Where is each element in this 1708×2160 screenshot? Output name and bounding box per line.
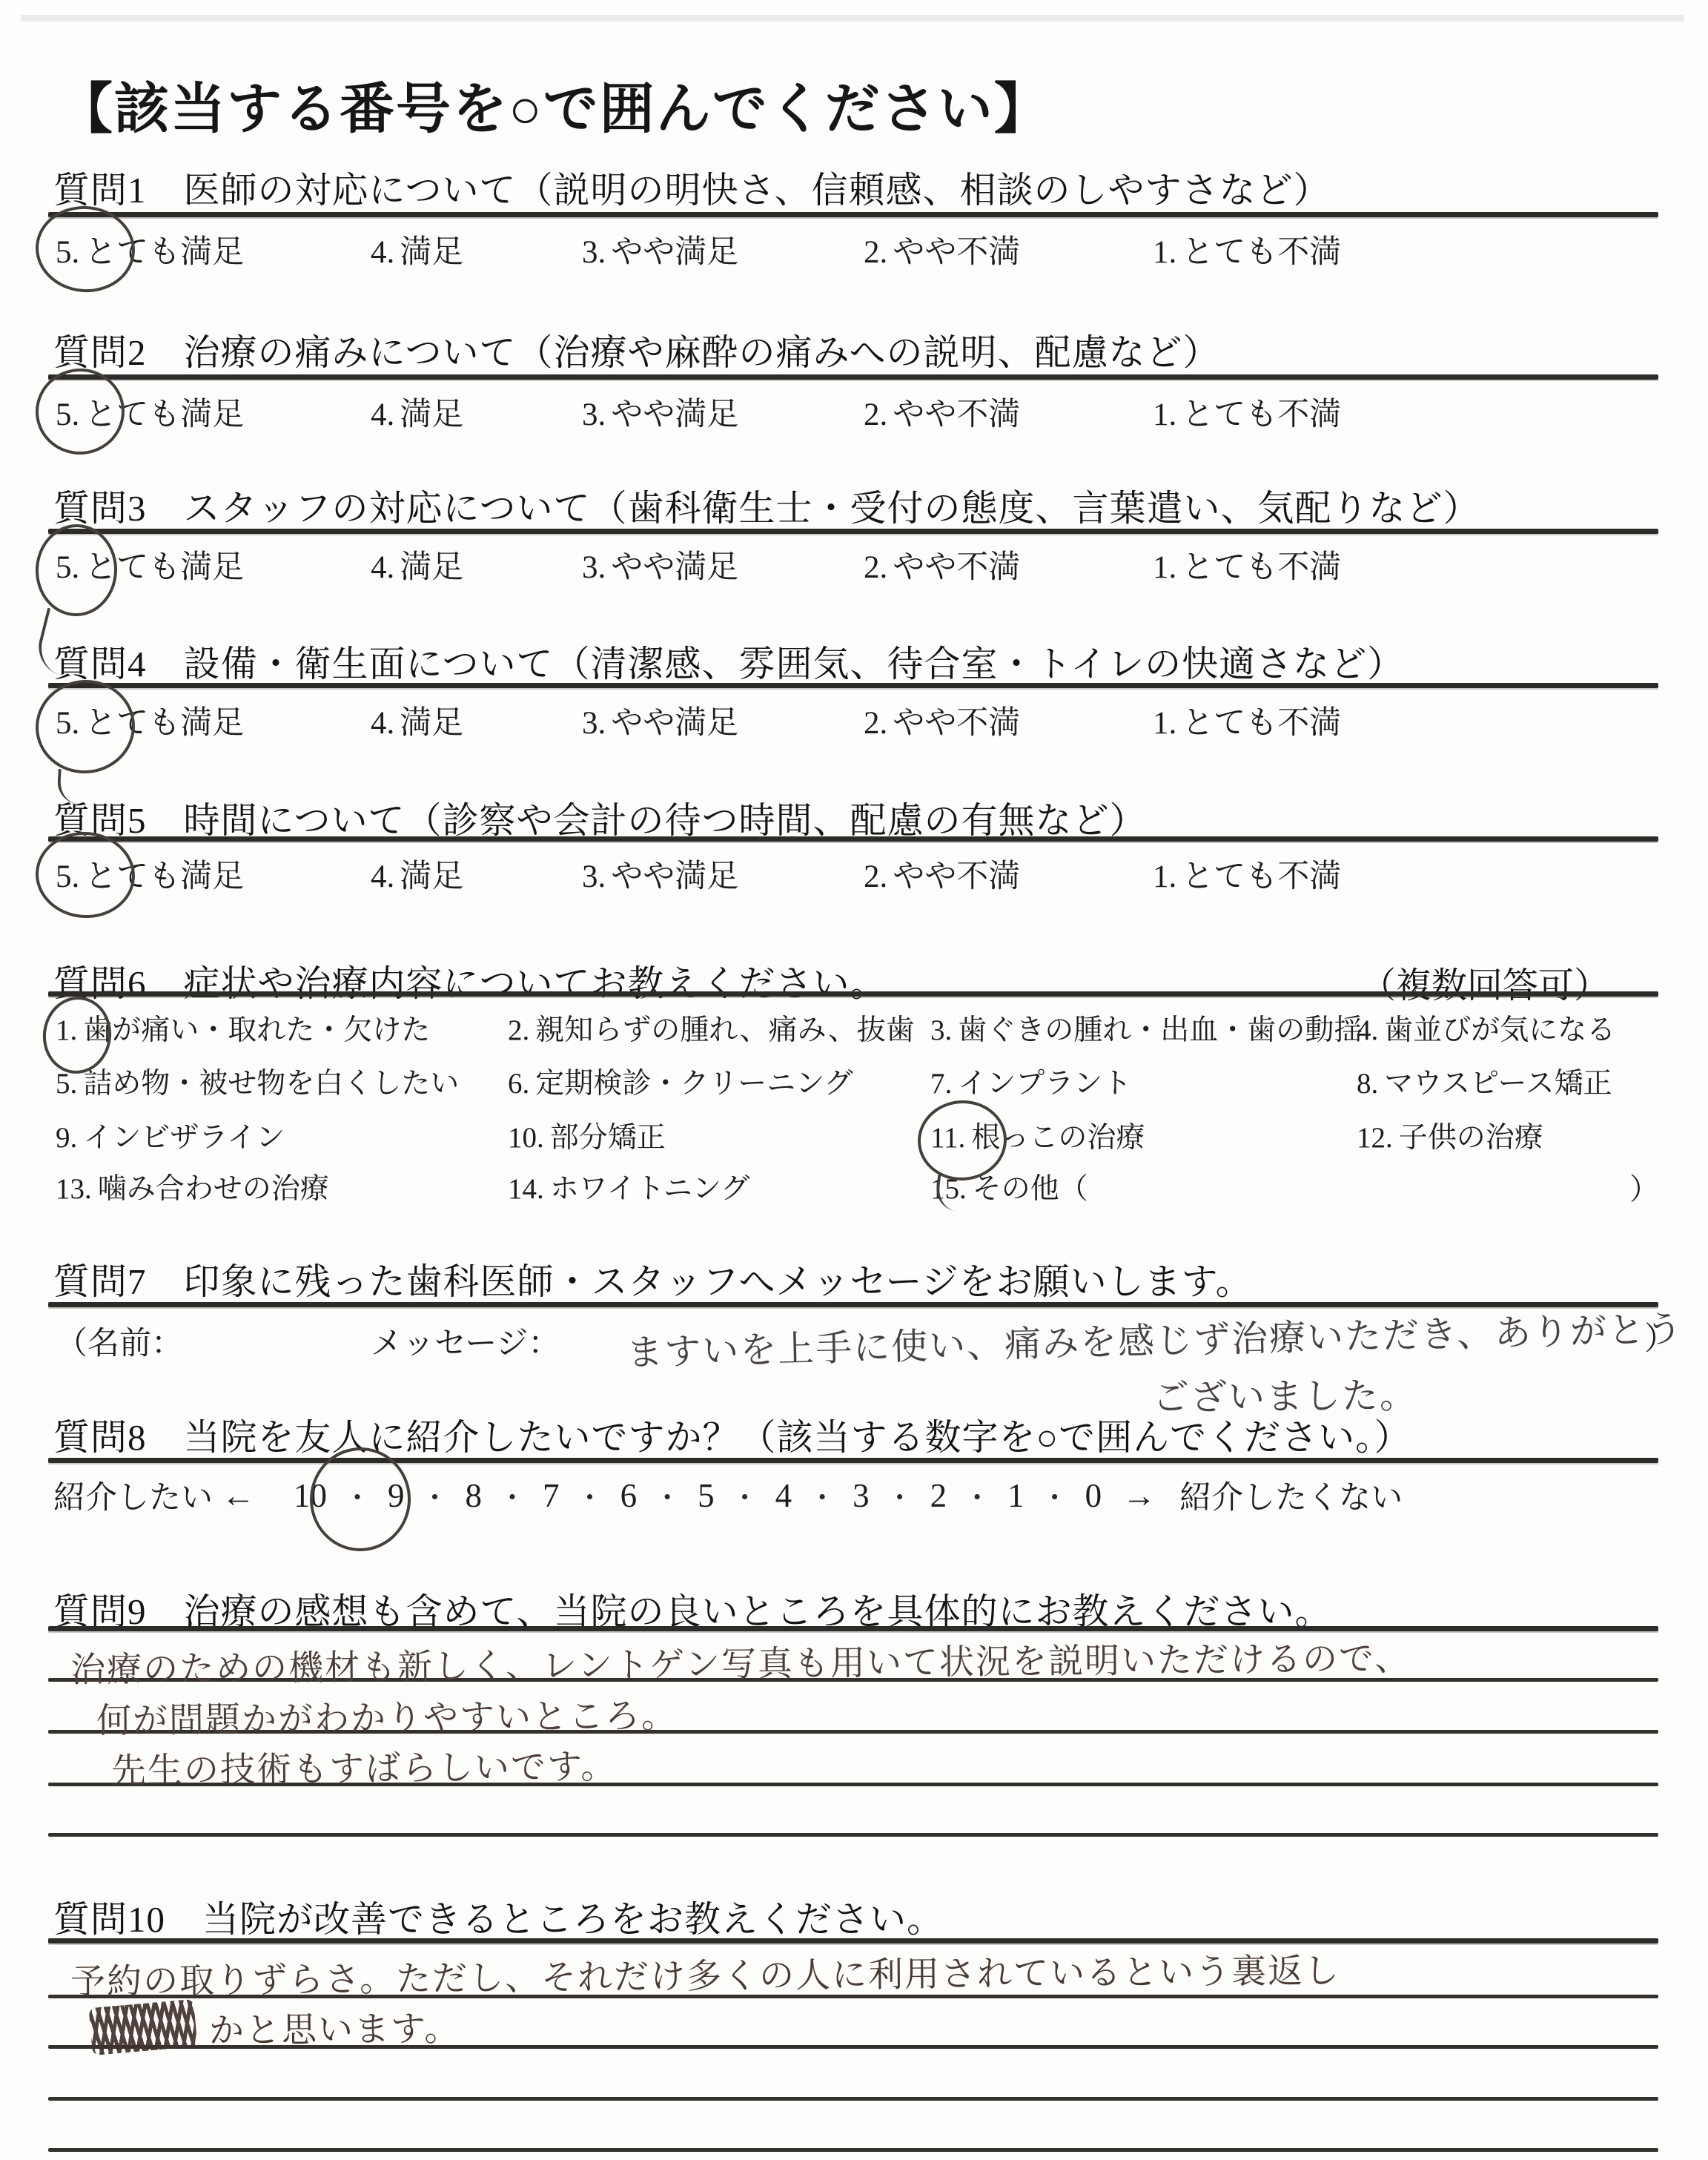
option-label: やや満足: [611, 235, 738, 270]
rating-option-4: 4.満足: [371, 227, 463, 272]
nps-number-4: 4: [775, 1476, 792, 1515]
option-label: 満足: [400, 859, 463, 894]
item-label: その他（: [973, 1173, 1088, 1205]
symptom-item-13: 13.噛み合わせの治療: [56, 1166, 329, 1207]
question-8: 質問8 当院を友人に紹介したいですか？（該当する数字を○で囲んでください。） 紹…: [0, 1409, 1708, 1557]
handwritten-message-line-1: ますいを上手に使い、痛みを感じず治療いただき、ありがとう: [626, 1301, 1684, 1376]
option-number: 2.: [864, 859, 887, 894]
option-label: とても不満: [1182, 550, 1341, 585]
option-label: 満足: [400, 235, 463, 270]
symptom-item-6: 6.定期検診・クリーニング: [508, 1060, 853, 1102]
symptom-item-14: 14.ホワイトニング: [508, 1166, 749, 1207]
option-number: 2.: [864, 397, 887, 432]
rating-options-row: 5.とても満足 4.満足 3.やや満足 2.やや不満 1.とても不満: [0, 851, 1708, 903]
dot-separator: ・: [731, 1475, 759, 1516]
left-arrow: ←: [222, 1476, 255, 1515]
rating-option-1: 1.とても不満: [1153, 389, 1341, 435]
nps-number-2: 2: [930, 1476, 947, 1515]
message-field-label: メッセージ：: [371, 1318, 560, 1364]
rating-option-2: 2.やや不満: [864, 542, 1020, 587]
option-number: 1.: [1153, 235, 1176, 270]
dot-separator: ・: [653, 1475, 681, 1516]
not-recommend-label: 紹介したくない: [1179, 1473, 1403, 1518]
item-label: 詰め物・被せ物を白くしたい: [83, 1068, 459, 1100]
nps-number-8: 8: [466, 1476, 483, 1515]
handwritten-answer-line-2: かと思います。: [209, 2001, 461, 2053]
rating-option-3: 3.やや満足: [582, 542, 738, 587]
survey-form-page: 【該当する番号を○で囲んでください】 質問1 医師の対応について（説明の明快さ、…: [0, 0, 1708, 2160]
option-label: 満足: [400, 706, 463, 741]
item-number: 3.: [930, 1014, 952, 1046]
item-number: 9.: [56, 1122, 77, 1154]
option-label: とても不満: [1182, 397, 1341, 432]
divider-rule: [48, 529, 1658, 534]
option-number: 4.: [371, 235, 394, 270]
item-label: 親知らずの腫れ、痛み、抜歯: [535, 1014, 915, 1046]
rating-option-1: 1.とても不満: [1153, 698, 1341, 743]
symptom-row-1: 1.歯が痛い・取れた・欠けた 2.親知らずの腫れ、痛み、抜歯 3.歯ぐきの腫れ・…: [0, 1007, 1708, 1056]
question-4: 質問4 設備・衛生面について（清潔感、雰囲気、待合室・トイレの快適さなど） 5.…: [0, 635, 1708, 784]
rating-options-row: 5.とても満足 4.満足 3.やや満足 2.やや不満 1.とても不満: [0, 698, 1708, 750]
question-9: 質問9 治療の感想も含めて、当院の良いところを具体的にお教えください。 治療のた…: [0, 1583, 1708, 1850]
option-label: やや満足: [611, 706, 738, 741]
nps-number-0: 0: [1085, 1476, 1102, 1515]
recommend-label: 紹介したい: [53, 1473, 213, 1518]
rating-options-row: 5.とても満足 4.満足 3.やや満足 2.やや不満 1.とても不満: [0, 227, 1708, 279]
symptom-item-4: 4.歯並びが気になる: [1357, 1007, 1615, 1048]
dot-separator: ・: [1041, 1475, 1069, 1516]
rating-option-1: 1.とても不満: [1153, 851, 1341, 896]
option-label: とても不満: [1182, 235, 1341, 270]
other-close-paren: ）: [1629, 1166, 1659, 1208]
option-label: やや不満: [893, 859, 1020, 894]
rating-option-1: 1.とても不満: [1153, 227, 1341, 272]
item-number: 10.: [508, 1122, 544, 1154]
question-title: 質問7 印象に残った歯科医師・スタッフへメッセージをお願いします。: [53, 1253, 1253, 1305]
symptom-item-7: 7.インプラント: [930, 1060, 1131, 1102]
option-number: 4.: [371, 550, 394, 585]
item-label: 歯ぐきの腫れ・出血・歯の動揺: [958, 1014, 1363, 1046]
option-label: やや満足: [611, 859, 738, 894]
symptom-item-8: 8.マウスピース矯正: [1357, 1060, 1612, 1102]
rating-option-4: 4.満足: [371, 698, 463, 743]
question-title: 質問8 当院を友人に紹介したいですか？（該当する数字を○で囲んでください。）: [53, 1409, 1411, 1461]
option-number: 4.: [371, 397, 394, 432]
rating-option-1: 1.とても不満: [1153, 542, 1341, 587]
question-title: 質問4 設備・衛生面について（清潔感、雰囲気、待合室・トイレの快適さなど）: [53, 635, 1404, 687]
option-number: 2.: [864, 235, 887, 270]
symptom-item-10: 10.部分矯正: [508, 1114, 666, 1156]
option-label: やや満足: [611, 397, 738, 432]
option-number: 3.: [582, 550, 606, 585]
rating-options-row: 5.とても満足 4.満足 3.やや満足 2.やや不満 1.とても不満: [0, 389, 1708, 441]
answer-line-rule: [48, 2148, 1658, 2152]
answer-line-rule: [48, 2097, 1658, 2101]
symptom-item-12: 12.子供の治療: [1357, 1114, 1543, 1156]
item-label: 部分矯正: [550, 1122, 666, 1154]
question-3: 質問3 スタッフの対応について（歯科衛生士・受付の態度、言葉遣い、気配りなど） …: [0, 480, 1708, 628]
divider-rule: [48, 1458, 1658, 1463]
item-number: 8.: [1357, 1068, 1378, 1100]
handwritten-circle-answer-5: [34, 523, 119, 618]
question-title: 質問2 治療の痛みについて（治療や麻酔の痛みへの説明、配慮など）: [53, 324, 1220, 376]
item-label: 噛み合わせの治療: [98, 1173, 329, 1205]
divider-rule: [48, 991, 1658, 997]
dot-separator: ・: [963, 1475, 991, 1516]
option-number: 4.: [371, 859, 394, 894]
rating-option-2: 2.やや不満: [864, 227, 1020, 272]
question-2: 質問2 治療の痛みについて（治療や麻酔の痛みへの説明、配慮など） 5.とても満足…: [0, 324, 1708, 472]
nps-number-1: 1: [1007, 1476, 1025, 1515]
item-label: 定期検診・クリーニング: [535, 1068, 853, 1100]
item-label: インビザライン: [83, 1122, 285, 1154]
rating-option-4: 4.満足: [371, 851, 463, 896]
question-7: 質問7 印象に残った歯科医師・スタッフへメッセージをお願いします。 （名前： メ…: [0, 1253, 1708, 1409]
question-6: 質問6 症状や治療内容についてお教えください。 （複数回答可） 1.歯が痛い・取…: [0, 955, 1708, 1237]
divider-rule: [48, 683, 1658, 688]
item-label: インプラント: [958, 1068, 1131, 1100]
item-label: ホワイトニング: [550, 1173, 750, 1205]
question-title: 質問10 当院が改善できるところをお教えください。: [53, 1891, 944, 1943]
symptom-item-2: 2.親知らずの腫れ、痛み、抜歯: [508, 1007, 915, 1048]
right-arrow: →: [1122, 1476, 1156, 1515]
answer-line-rule: [48, 1833, 1658, 1837]
option-number: 1.: [1153, 550, 1176, 585]
option-number: 2.: [864, 706, 887, 741]
question-title: 質問6 症状や治療内容についてお教えください。: [53, 955, 887, 1007]
symptom-row-2: 5.詰め物・被せ物を白くしたい 6.定期検診・クリーニング 7.インプラント 8…: [0, 1060, 1708, 1109]
question-10: 質問10 当院が改善できるところをお教えください。 予約の取りずらさ。ただし、そ…: [0, 1891, 1708, 2158]
answer-top-rule: [48, 1626, 1658, 1631]
item-label: 歯が痛い・取れた・欠けた: [83, 1014, 430, 1046]
option-label: やや不満: [893, 397, 1020, 432]
item-label: 歯並びが気になる: [1384, 1014, 1615, 1046]
option-number: 4.: [371, 706, 394, 741]
divider-rule: [48, 836, 1658, 842]
rating-option-4: 4.満足: [371, 389, 463, 435]
nps-scale-row: 紹介したい ← 10 ・ 9 ・ 8 ・ 7 ・ 6 ・ 5 ・ 4 ・ 3 ・…: [53, 1473, 1403, 1518]
multiple-answers-note: （複数回答可）: [1360, 957, 1609, 1008]
option-label: とても不満: [1182, 706, 1341, 741]
nps-number-5: 5: [698, 1476, 715, 1515]
symptom-item-9: 9.インビザライン: [56, 1114, 285, 1156]
option-number: 3.: [582, 859, 606, 894]
option-label: 満足: [400, 397, 463, 432]
rating-option-4: 4.満足: [371, 542, 463, 587]
scan-artifact-band: [21, 15, 1684, 22]
question-title: 質問1 医師の対応について（説明の明快さ、信頼感、相談のしやすさなど）: [53, 162, 1331, 214]
option-number: 1.: [1153, 706, 1176, 741]
scratched-out-text: [88, 1999, 197, 2055]
name-field-label: （名前：: [56, 1318, 183, 1364]
rating-option-2: 2.やや不満: [864, 698, 1020, 743]
handwritten-answer-line-1: 治療のための機材も新しく、レントゲン写真も用いて状況を説明いただけるので、: [70, 1631, 1411, 1692]
option-label: やや不満: [893, 235, 1020, 270]
divider-rule: [48, 212, 1658, 217]
option-number: 3.: [582, 706, 606, 741]
nps-number-3: 3: [853, 1476, 870, 1515]
handwritten-answer-line-2: 何が問題かがわかりやすいところ。: [96, 1688, 678, 1743]
symptom-row-4: 13.噛み合わせの治療 14.ホワイトニング 15.その他（ ）: [0, 1166, 1708, 1215]
item-number: 12.: [1357, 1122, 1393, 1154]
option-number: 1.: [1153, 397, 1176, 432]
symptom-row-3: 9.インビザライン 10.部分矯正 11.根っこの治療 12.子供の治療: [0, 1114, 1708, 1163]
item-number: 4.: [1357, 1014, 1378, 1046]
symptom-item-5: 5.詰め物・被せ物を白くしたい: [56, 1060, 459, 1102]
handwritten-answer-line-3: 先生の技術もすばらしいです。: [111, 1739, 618, 1793]
option-label: 満足: [400, 550, 463, 585]
question-5: 質問5 時間について（診察や会計の待つ時間、配慮の有無など） 5.とても満足 4…: [0, 792, 1708, 940]
rating-option-2: 2.やや不満: [864, 389, 1020, 435]
answer-top-rule: [48, 1938, 1658, 1943]
option-label: とても不満: [1182, 859, 1341, 894]
rating-option-3: 3.やや満足: [582, 851, 738, 896]
symptom-item-1: 1.歯が痛い・取れた・欠けた: [56, 1007, 430, 1048]
question-1: 質問1 医師の対応について（説明の明快さ、信頼感、相談のしやすさなど） 5.とて…: [0, 162, 1708, 310]
option-number: 3.: [582, 235, 606, 270]
option-label: やや満足: [611, 550, 738, 585]
dot-separator: ・: [808, 1475, 836, 1516]
rating-option-2: 2.やや不満: [864, 851, 1020, 896]
dot-separator: ・: [886, 1475, 914, 1516]
option-number: 2.: [864, 550, 887, 585]
dot-separator: ・: [421, 1475, 449, 1516]
option-label: やや不満: [893, 706, 1020, 741]
dot-separator: ・: [498, 1475, 526, 1516]
rating-option-3: 3.やや満足: [582, 389, 738, 435]
nps-number-6: 6: [620, 1476, 638, 1515]
item-number: 13.: [56, 1173, 92, 1205]
item-label: 子供の治療: [1399, 1122, 1543, 1154]
divider-rule: [48, 374, 1658, 380]
item-number: 6.: [508, 1068, 529, 1100]
form-title: 【該当する番号を○で囲んでください】: [58, 65, 1050, 144]
question-title: 質問3 スタッフの対応について（歯科衛生士・受付の態度、言葉遣い、気配りなど）: [53, 480, 1480, 532]
nps-number-7: 7: [543, 1476, 560, 1515]
item-number: 14.: [508, 1173, 544, 1205]
item-label: マウスピース矯正: [1384, 1068, 1612, 1100]
option-number: 3.: [582, 397, 606, 432]
rating-options-row: 5.とても満足 4.満足 3.やや満足 2.やや不満 1.とても不満: [0, 542, 1708, 594]
symptom-item-3: 3.歯ぐきの腫れ・出血・歯の動揺: [930, 1007, 1363, 1048]
item-number: 2.: [508, 1014, 529, 1046]
rating-option-3: 3.やや満足: [582, 698, 738, 743]
item-number: 7.: [930, 1068, 952, 1100]
option-label: やや不満: [893, 550, 1020, 585]
dot-separator: ・: [576, 1475, 604, 1516]
handwritten-circle-answer-5: [30, 674, 140, 779]
option-number: 1.: [1153, 859, 1176, 894]
rating-option-3: 3.やや満足: [582, 227, 738, 272]
